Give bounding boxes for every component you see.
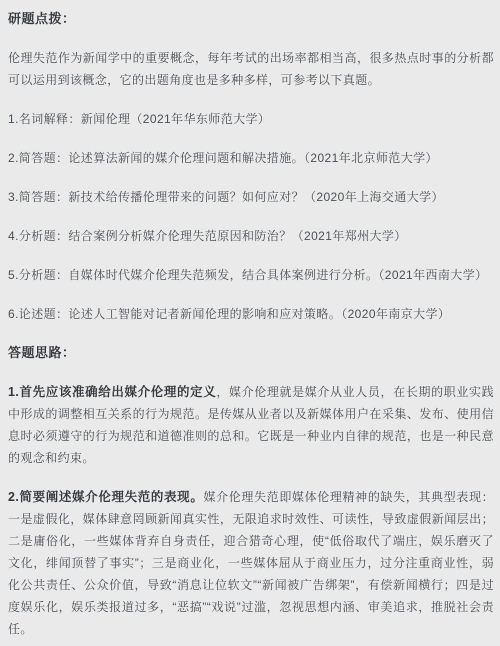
answer-1-lead: 1.首先应该准确给出媒介伦理的定义 [8,385,216,399]
question-item-3: 3.简答题：新技术给传播伦理带来的问题？如何应对？（2020年上海交通大学） [8,186,494,208]
answer-2-lead: 2.简要阐述媒介伦理失范的表现。 [8,490,203,504]
answer-paragraph-1: 1.首先应该准确给出媒介伦理的定义，媒介伦理就是媒介从业人员，在长期的职业实践中… [8,381,494,469]
article: 研题点拨： 伦理失范作为新闻学中的重要概念，每年考试的出场率都相当高，很多热点时… [0,0,500,646]
answer-paragraph-2: 2.简要阐述媒介伦理失范的表现。媒介伦理失范即媒体伦理精神的缺失，其典型表现：一… [8,486,494,640]
answer-heading: 答题思路： [8,342,494,364]
question-item-2: 2.简答题：论述算法新闻的媒介伦理问题和解决措施。（2021年北京师范大学） [8,147,494,169]
question-item-6: 6.论述题：论述人工智能对记者新闻伦理的影响和应对策略。（2020年南京大学） [8,303,494,325]
question-item-1: 1.名词解释：新闻伦理（2021年华东师范大学） [8,108,494,130]
question-item-4: 4.分析题：结合案例分析媒介伦理失范原因和防治？（2021年郑州大学） [8,225,494,247]
tips-heading: 研题点拨： [8,8,494,30]
page: { "page": { "background_color": "#eaeaea… [0,0,500,646]
question-item-5: 5.分析题：自媒体时代媒介伦理失范频发，结合具体案例进行分析。（2021年西南大… [8,264,494,286]
intro-paragraph: 伦理失范作为新闻学中的重要概念，每年考试的出场率都相当高，很多热点时事的分析都可… [8,47,494,91]
answer-2-body: 媒介伦理失范即媒体伦理精神的缺失，其典型表现：一是虚假化，媒体肆意罔顾新闻真实性… [8,490,494,636]
